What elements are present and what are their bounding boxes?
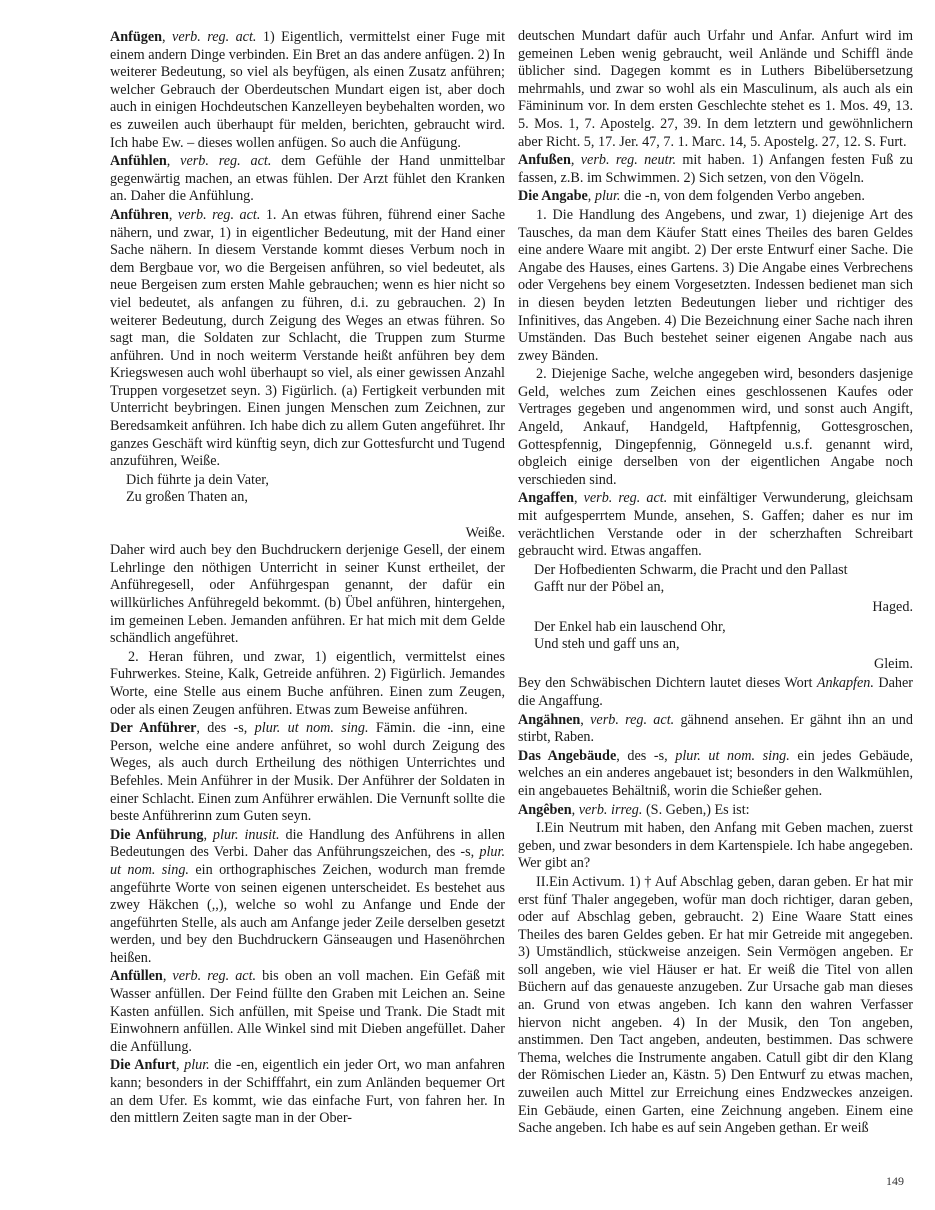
entry-anfussen: Anfußen, verb. reg. neutr. mit haben. 1)… — [518, 152, 913, 187]
lemma: Angaffen — [518, 490, 574, 506]
entry-text: mit haben. 1) Anfangen festen Fuß zu fas… — [518, 152, 913, 186]
entry-angabe: Die Angabe, plur. die -n, von dem folgen… — [518, 188, 913, 206]
lemma: Anführen — [110, 207, 169, 223]
grammar-label: verb. reg. act. — [172, 29, 256, 45]
entry-text: (S. Geben,) Es ist: — [642, 802, 749, 818]
verse-citation: Haged. — [518, 599, 913, 617]
entry-text: dem Gefühle der Hand unmittelbar gegenwä… — [110, 153, 505, 204]
page-number: 149 — [886, 1173, 904, 1191]
punct: , — [203, 827, 212, 843]
grammar-label: plur. inusit. — [213, 827, 280, 843]
grammar-label: verb. reg. act. — [590, 712, 674, 728]
lemma: Anfügen — [110, 29, 162, 45]
sense-2: 2. Diejenige Sache, welche angegeben wir… — [518, 366, 913, 489]
entry-text: die -n, von dem folgenden Verbo angeben. — [620, 188, 864, 204]
lemma: Die Angabe — [518, 188, 588, 204]
grammar-label: verb. reg. act. — [180, 153, 271, 169]
lemma: Angêben — [518, 802, 572, 818]
verse-line: Und steh und gaff uns an, — [518, 636, 913, 654]
punct: , — [176, 1057, 184, 1073]
dictionary-page: Anfügen, verb. reg. act. 1) Eigentlich, … — [0, 0, 935, 1210]
left-column: Anfügen, verb. reg. act. 1) Eigentlich, … — [110, 29, 505, 1129]
grammar-label: plur. ut nom. sing. — [255, 720, 369, 736]
lemma: Anfußen — [518, 152, 571, 168]
entry-text: mit einfältiger Verwunderung, gleichsam … — [518, 490, 913, 559]
entry-text: bis oben an voll machen. Ein Gefäß mit W… — [110, 968, 505, 1054]
sense-2: 2. Heran führen, und zwar, 1) eigentlich… — [110, 649, 505, 719]
entry-anfurt: Die Anfurt, plur. die -en, eigentlich ei… — [110, 1057, 505, 1127]
sense-1: I.Ein Neutrum mit haben, den Anfang mit … — [518, 820, 913, 873]
lemma: Anfüllen — [110, 968, 163, 984]
entry-angeben: Angêben, verb. irreg. (S. Geben,) Es ist… — [518, 802, 913, 820]
entry-anfuegen: Anfügen, verb. reg. act. 1) Eigentlich, … — [110, 29, 505, 152]
entry-anfuehren: Anführen, verb. reg. act. 1. An etwas fü… — [110, 207, 505, 471]
spacer — [110, 507, 505, 525]
entry-text-continued: Daher wird auch bey den Buchdruckern der… — [110, 542, 505, 648]
sense-1: 1. Die Handlung des Angebens, und zwar, … — [518, 207, 913, 365]
grammar-label: plur. ut nom. sing. — [675, 748, 790, 764]
lemma: Die Anfurt — [110, 1057, 176, 1073]
grammar-label: verb. irreg. — [579, 802, 643, 818]
entry-anfuehrer: Der Anführer, des -s, plur. ut nom. sing… — [110, 720, 505, 826]
lemma: Anfühlen — [110, 153, 167, 169]
verse-line: Der Enkel hab ein lauschend Ohr, — [518, 619, 913, 637]
entry-anfurt-continued: deutschen Mundart dafür auch Urfahr und … — [518, 28, 913, 151]
sense-2: II.Ein Activum. 1) † Auf Abschlag geben,… — [518, 874, 913, 1138]
entry-angebaeude: Das Angebäude, des -s, plur. ut nom. sin… — [518, 748, 913, 801]
grammar-label: plur. — [184, 1057, 210, 1073]
verse-line: Dich führte ja dein Vater, — [110, 472, 505, 490]
grammar-label: verb. reg. act. — [584, 490, 668, 506]
punct: , des -s, — [196, 720, 254, 736]
grammar-label: verb. reg. act. — [178, 207, 260, 223]
lemma: Der Anführer — [110, 720, 196, 736]
right-column: deutschen Mundart dafür auch Urfahr und … — [518, 28, 913, 1139]
verse-citation: Gleim. — [518, 656, 913, 674]
grammar-label: verb. reg. neutr. — [581, 152, 676, 168]
entry-text: 1. An etwas führen, führend einer Sache … — [110, 207, 505, 469]
verse-line: Zu großen Thaten an, — [110, 489, 505, 507]
entry-text: 1) Eigentlich, vermittelst einer Fuge mi… — [110, 29, 505, 151]
punct: , des -s, — [616, 748, 675, 764]
lemma: Die Anführung — [110, 827, 203, 843]
grammar-label: plur. — [595, 188, 621, 204]
verse-line: Der Hofbedienten Schwarm, die Pracht und… — [518, 562, 913, 580]
punct: , — [588, 188, 595, 204]
entry-text-continued: Bey den Schwäbischen Dichtern lautet die… — [518, 675, 913, 710]
entry-angaffen: Angaffen, verb. reg. act. mit einfältige… — [518, 490, 913, 560]
entry-text: Bey den Schwäbischen Dichtern lautet die… — [518, 675, 817, 691]
entry-anfuellen: Anfüllen, verb. reg. act. bis oben an vo… — [110, 968, 505, 1056]
italic-word: Ankapfen. — [817, 675, 874, 691]
entry-anfuehlen: Anfühlen, verb. reg. act. dem Gefühle de… — [110, 153, 505, 206]
lemma: Das Angebäude — [518, 748, 616, 764]
verse-line: Gafft nur der Pöbel an, — [518, 579, 913, 597]
entry-anfuehrung: Die Anführung, plur. inusit. die Handlun… — [110, 827, 505, 968]
grammar-label: verb. reg. act. — [172, 968, 256, 984]
lemma: Angähnen — [518, 712, 580, 728]
entry-angaehnen: Angähnen, verb. reg. act. gähnend ansehe… — [518, 712, 913, 747]
verse-citation: Weiße. — [110, 525, 505, 543]
